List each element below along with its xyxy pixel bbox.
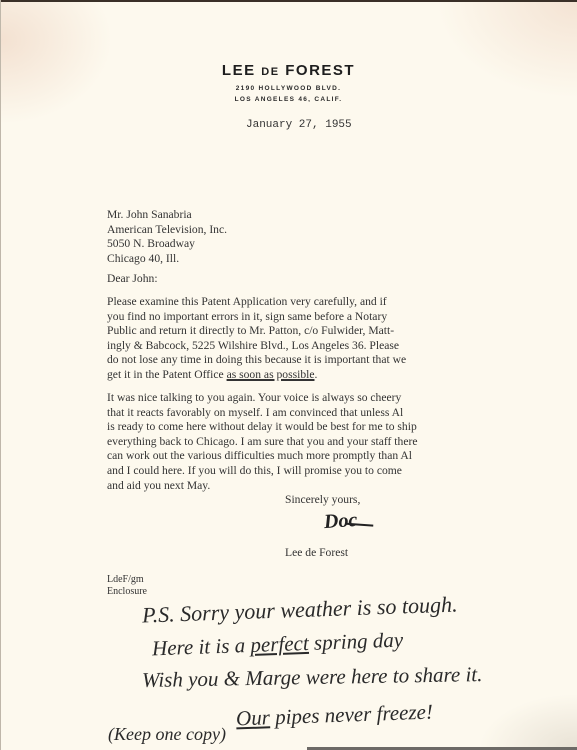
recipient-line: Chicago 40, Ill.	[107, 252, 227, 267]
ps-underlined: Our	[236, 705, 271, 730]
letterhead-first-name: Lee	[222, 62, 256, 79]
typed-signature: Lee de Forest	[285, 546, 348, 561]
paragraph-line: Please examine this Patent Application v…	[107, 295, 406, 310]
letterhead-name: Lee de Forest	[0, 62, 577, 79]
ps-text: pipes never freeze!	[269, 700, 433, 730]
line-text: .	[314, 368, 317, 381]
postscript-line-5: (Keep one copy)	[108, 724, 226, 745]
paragraph-line: that it reacts favorably on myself. I am…	[107, 406, 417, 421]
letter-date: January 27, 1955	[246, 118, 352, 133]
handwritten-signature: Doc	[323, 509, 358, 534]
paragraph-line: Public and return it directly to Mr. Pat…	[107, 324, 406, 339]
letterhead-particle: de	[261, 66, 279, 78]
paragraph-line: everything back to Chicago. I am sure th…	[107, 435, 417, 450]
underlined-emphasis: as soon as possible	[227, 368, 315, 381]
ps-text: Here it is a	[152, 633, 251, 660]
recipient-line: Mr. John Sanabria	[107, 208, 227, 223]
ps-underlined: perfect	[250, 631, 309, 657]
body-paragraph-2: It was nice talking to you again. Your v…	[107, 391, 417, 493]
recipient-line: American Television, Inc.	[107, 223, 227, 238]
letterhead-address-line1: 2190 HOLLYWOOD BLVD.	[0, 85, 577, 92]
paragraph-line: and aid you next May.	[107, 479, 417, 494]
closing: Sincerely yours,	[285, 493, 360, 508]
salutation: Dear John:	[107, 272, 158, 287]
paragraph-line: is ready to come here without delay it w…	[107, 420, 417, 435]
paragraph-line: It was nice talking to you again. Your v…	[107, 391, 417, 406]
body-paragraph-1: Please examine this Patent Application v…	[107, 295, 406, 383]
enclosure-notation: Enclosure	[107, 586, 147, 598]
ps-text: spring day	[308, 628, 403, 655]
line-text: get it in the Patent Office	[107, 368, 227, 381]
recipient-address: Mr. John Sanabria American Television, I…	[107, 208, 227, 266]
scan-top-edge	[0, 0, 577, 2]
reference-block: LdeF/gm Enclosure	[107, 574, 147, 598]
paragraph-line: can work out the various difficulties mu…	[107, 449, 417, 464]
paragraph-line: get it in the Patent Office as soon as p…	[107, 368, 406, 383]
paragraph-line: and I could here. If you will do this, I…	[107, 464, 417, 479]
recipient-line: 5050 N. Broadway	[107, 237, 227, 252]
reference-initials: LdeF/gm	[107, 574, 147, 586]
letterhead-last-name: Forest	[285, 62, 355, 79]
paragraph-line: ingly & Babcock, 5225 Wilshire Blvd., Lo…	[107, 339, 406, 354]
paragraph-line: you find no important errors in it, sign…	[107, 310, 406, 325]
scan-left-edge	[0, 0, 1, 750]
paragraph-line: do not lose any time in doing this becau…	[107, 353, 406, 368]
letterhead-address-line2: LOS ANGELES 46, CALIF.	[0, 96, 577, 103]
